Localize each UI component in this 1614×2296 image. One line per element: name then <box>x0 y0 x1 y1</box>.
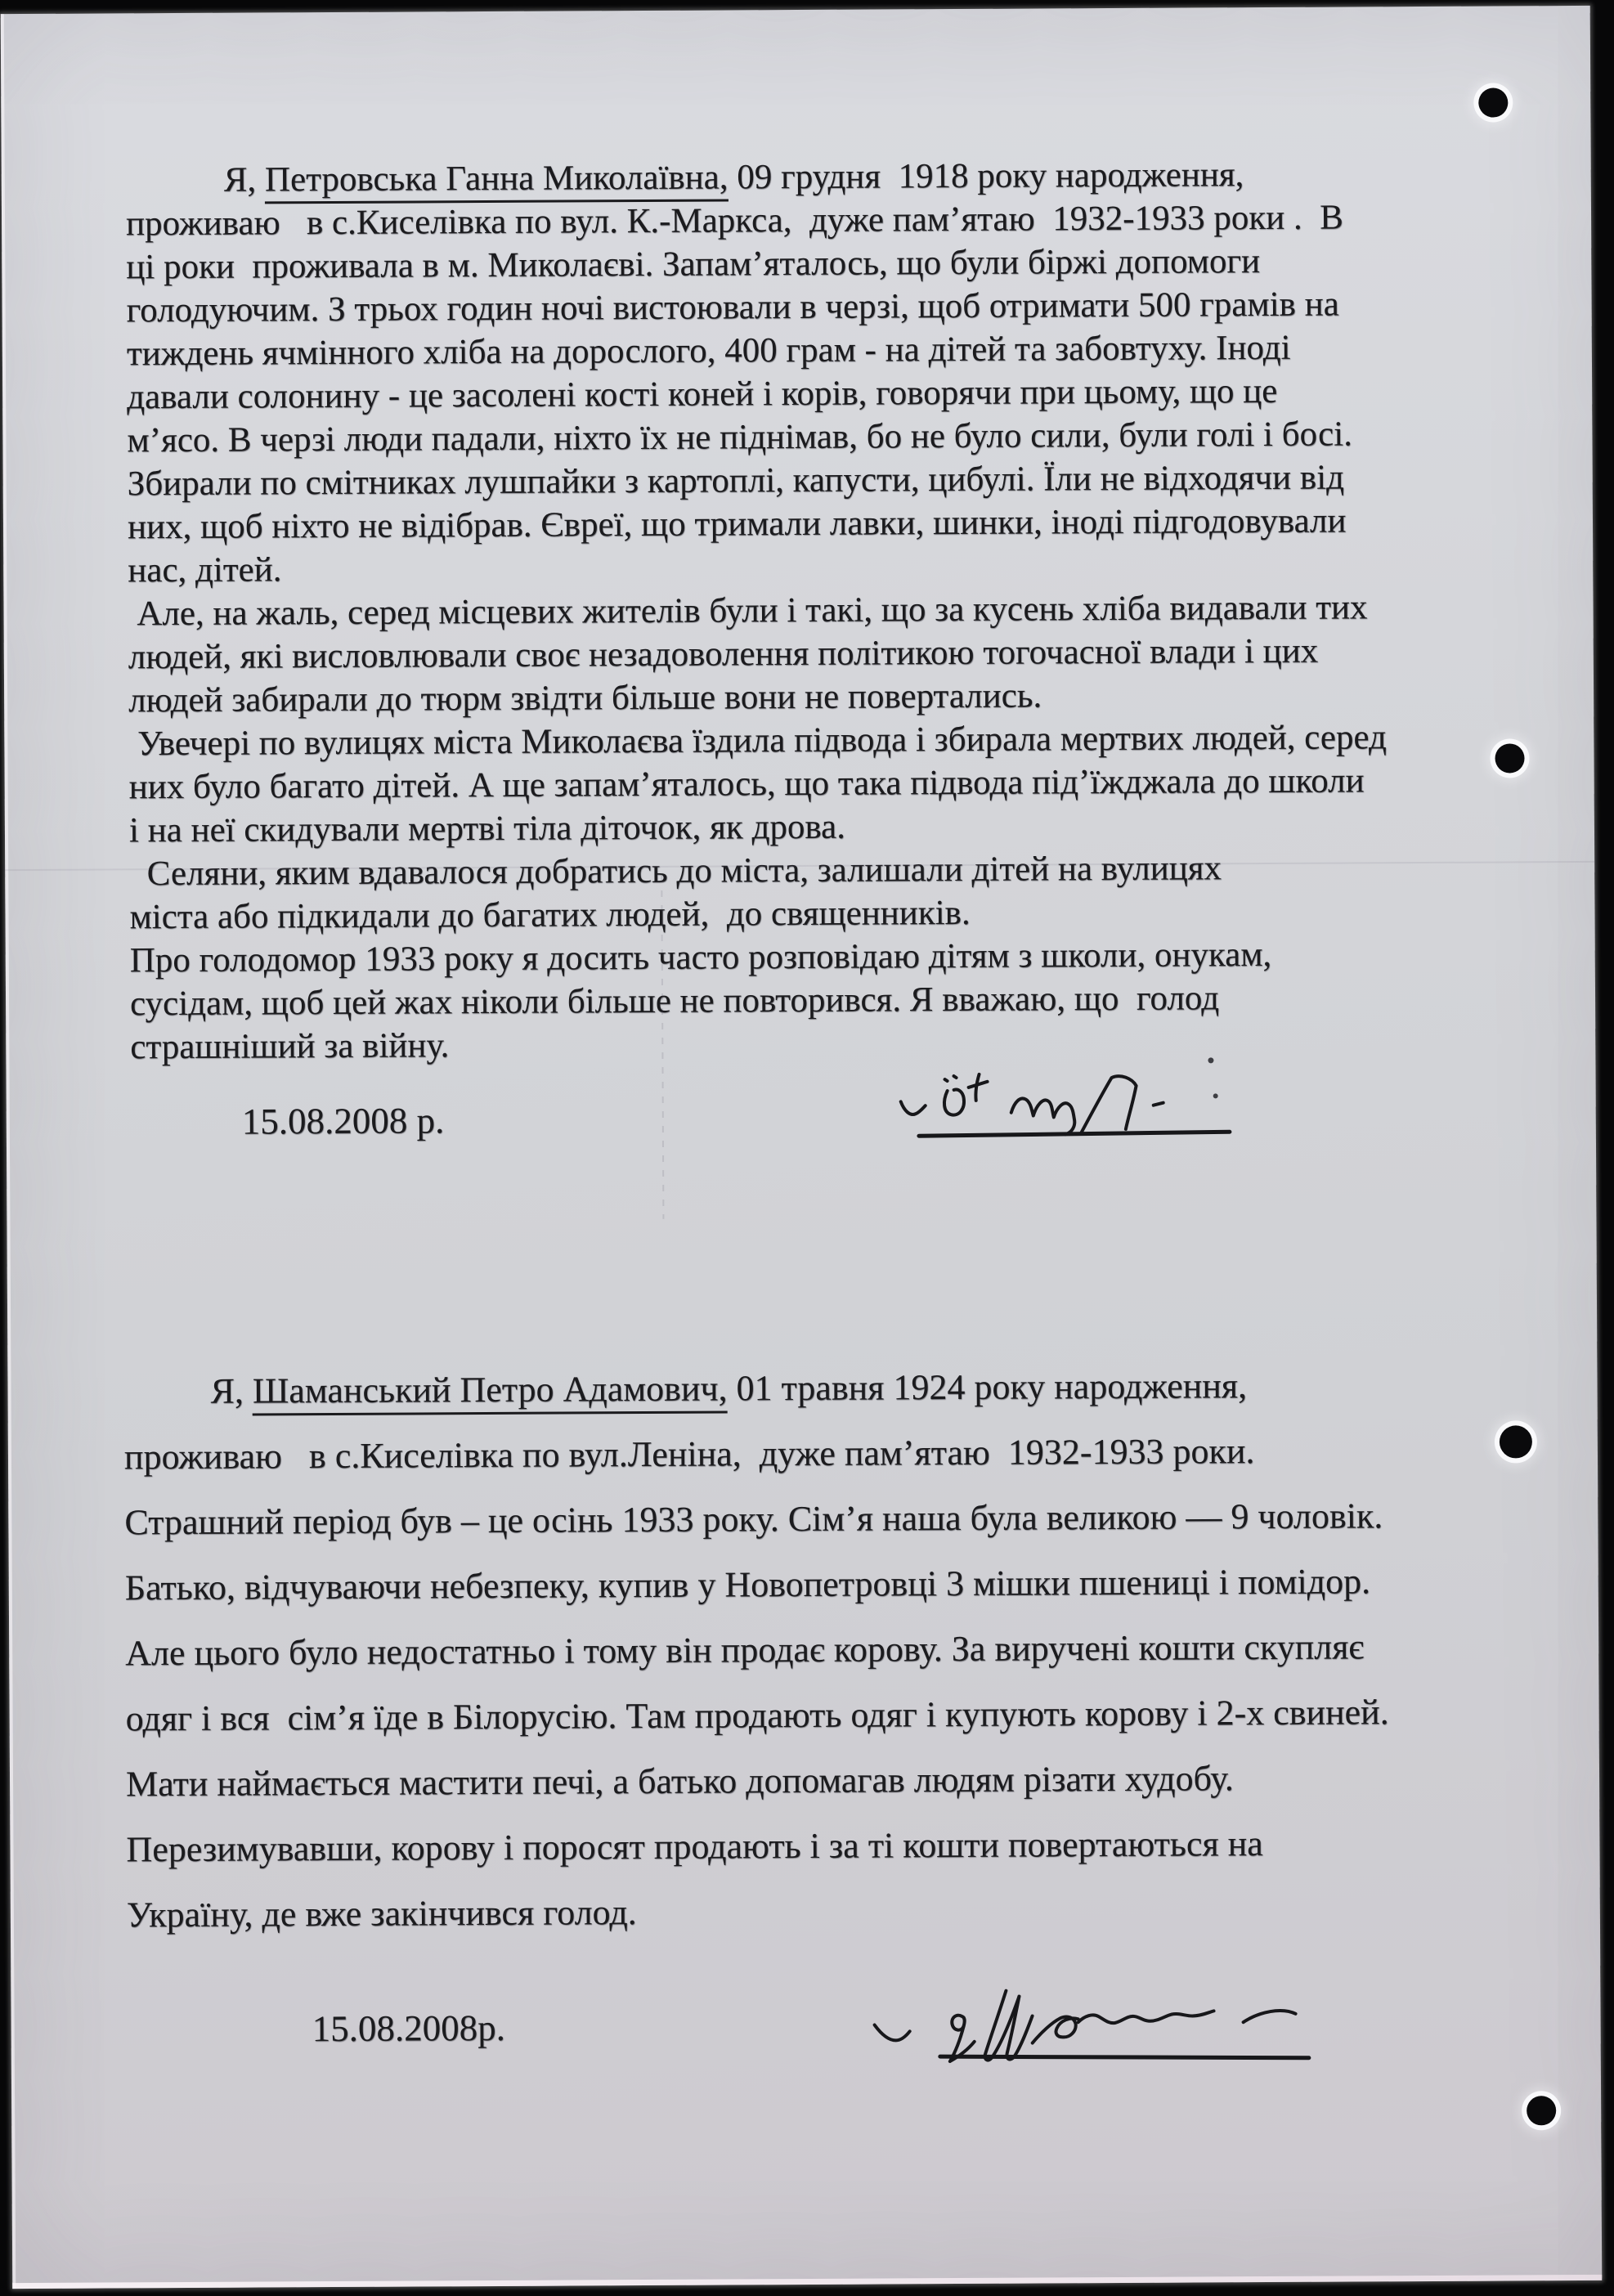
testimony-line: м’ясо. В черзі люди падали, ніхто їх не … <box>127 412 1385 462</box>
testimony-line: сусідам, щоб цей жах ніколи більше не по… <box>130 975 1388 1025</box>
testimony-line: нас, дітей. <box>128 542 1386 592</box>
testimony-line: міста або підкидали до багатих людей, до… <box>129 889 1388 939</box>
testimony-2: Я, Шаманський Петро Адамович, 01 травня … <box>123 1352 1390 1948</box>
testimony-line: Мати наймається мастити печі, а батько д… <box>126 1745 1389 1817</box>
testimony-line: Селяни, яким вдавалося добратись до міст… <box>129 845 1388 895</box>
testimony-line: людей, які висловлювали своє незадоволен… <box>128 629 1387 679</box>
testimony-line: ці роки проживала в м. Миколаєві. Запам’… <box>126 239 1384 289</box>
date-testimony-2: 15.08.2008р. <box>312 2007 506 2050</box>
punch-hole <box>1478 87 1508 117</box>
testimony-line: і на неї скидували мертві тіла діточок, … <box>129 802 1388 852</box>
testimony-line: них було багато дітей. А ще запам’яталос… <box>129 759 1388 809</box>
scan-background: { "document": { "testimony1": { "intro_p… <box>0 0 1614 2296</box>
document-page: Я, Петровська Ганна Миколаївна, 09 грудн… <box>1 6 1603 2289</box>
testimony-line: голодуючим. З трьох годин ночі вистоювал… <box>126 282 1384 332</box>
testimony-intro-line: Я, Петровська Ганна Миколаївна, 09 грудн… <box>126 152 1384 202</box>
testimony-line: Перезимувавши, корову і поросят продають… <box>126 1810 1389 1882</box>
intro-prefix: Я, <box>210 1371 253 1411</box>
testimony-line: Батько, відчуваючи небезпеку, купив у Но… <box>125 1549 1388 1621</box>
testimony-line: них, щоб ніхто не відібрав. Євреї, що тр… <box>128 499 1386 549</box>
testimony-line: Увечері по вулицях міста Миколаєва їздил… <box>128 715 1387 765</box>
date-testimony-1: 15.08.2008 р. <box>242 1099 445 1142</box>
testimony-line: людей забирали до тюрм звідти більше вон… <box>128 672 1387 722</box>
testimony-line: Україну, де вже закінчився голод. <box>127 1876 1390 1948</box>
punch-hole <box>1527 2096 1556 2125</box>
testimony-line: тиждень ячмінного хліба на дорослого, 40… <box>127 325 1385 375</box>
intro-prefix: Я, <box>224 160 265 199</box>
intro-rest: 01 травня 1924 року народження, <box>727 1365 1247 1408</box>
testimony-line: Про голодомор 1933 року я досить часто р… <box>130 932 1388 982</box>
scan-speck <box>1208 1057 1213 1063</box>
testimony-intro-line: Я, Шаманський Петро Адамович, 01 травня … <box>123 1352 1387 1424</box>
witness-name: Петровська Ганна Миколаївна, <box>265 158 729 204</box>
testimony-line: Страшний період був – це осінь 1933 року… <box>124 1483 1388 1555</box>
testimony-line: Збирали по смітниках лушпайки з картоплі… <box>128 455 1386 505</box>
intro-rest: 09 грудня 1918 року народження, <box>728 155 1244 196</box>
testimony-line: давали солонину - це засолені кості коне… <box>127 369 1385 419</box>
handwritten-signature-1 <box>850 1052 1276 1186</box>
witness-name: Шаманський Петро Адамович, <box>253 1368 728 1415</box>
testimony-line: Але цього було недостатньо і тому він пр… <box>125 1614 1388 1686</box>
punch-hole <box>1495 743 1524 773</box>
testimony-line: Але, на жаль, серед місцевих жителів бул… <box>128 585 1386 635</box>
testimony-line: проживаю в с.Киселівка по вул.Леніна, ду… <box>124 1418 1388 1490</box>
testimony-line: одяг і вся сім’я їде в Білорусію. Там пр… <box>125 1679 1388 1751</box>
testimony-1: Я, Петровська Ганна Миколаївна, 09 грудн… <box>126 152 1388 1069</box>
testimony-line: проживаю в с.Киселівка по вул. К.-Маркса… <box>126 195 1384 245</box>
handwritten-signature-2 <box>838 1944 1346 2085</box>
scan-speck <box>1213 1093 1218 1098</box>
punch-hole <box>1500 1425 1532 1458</box>
